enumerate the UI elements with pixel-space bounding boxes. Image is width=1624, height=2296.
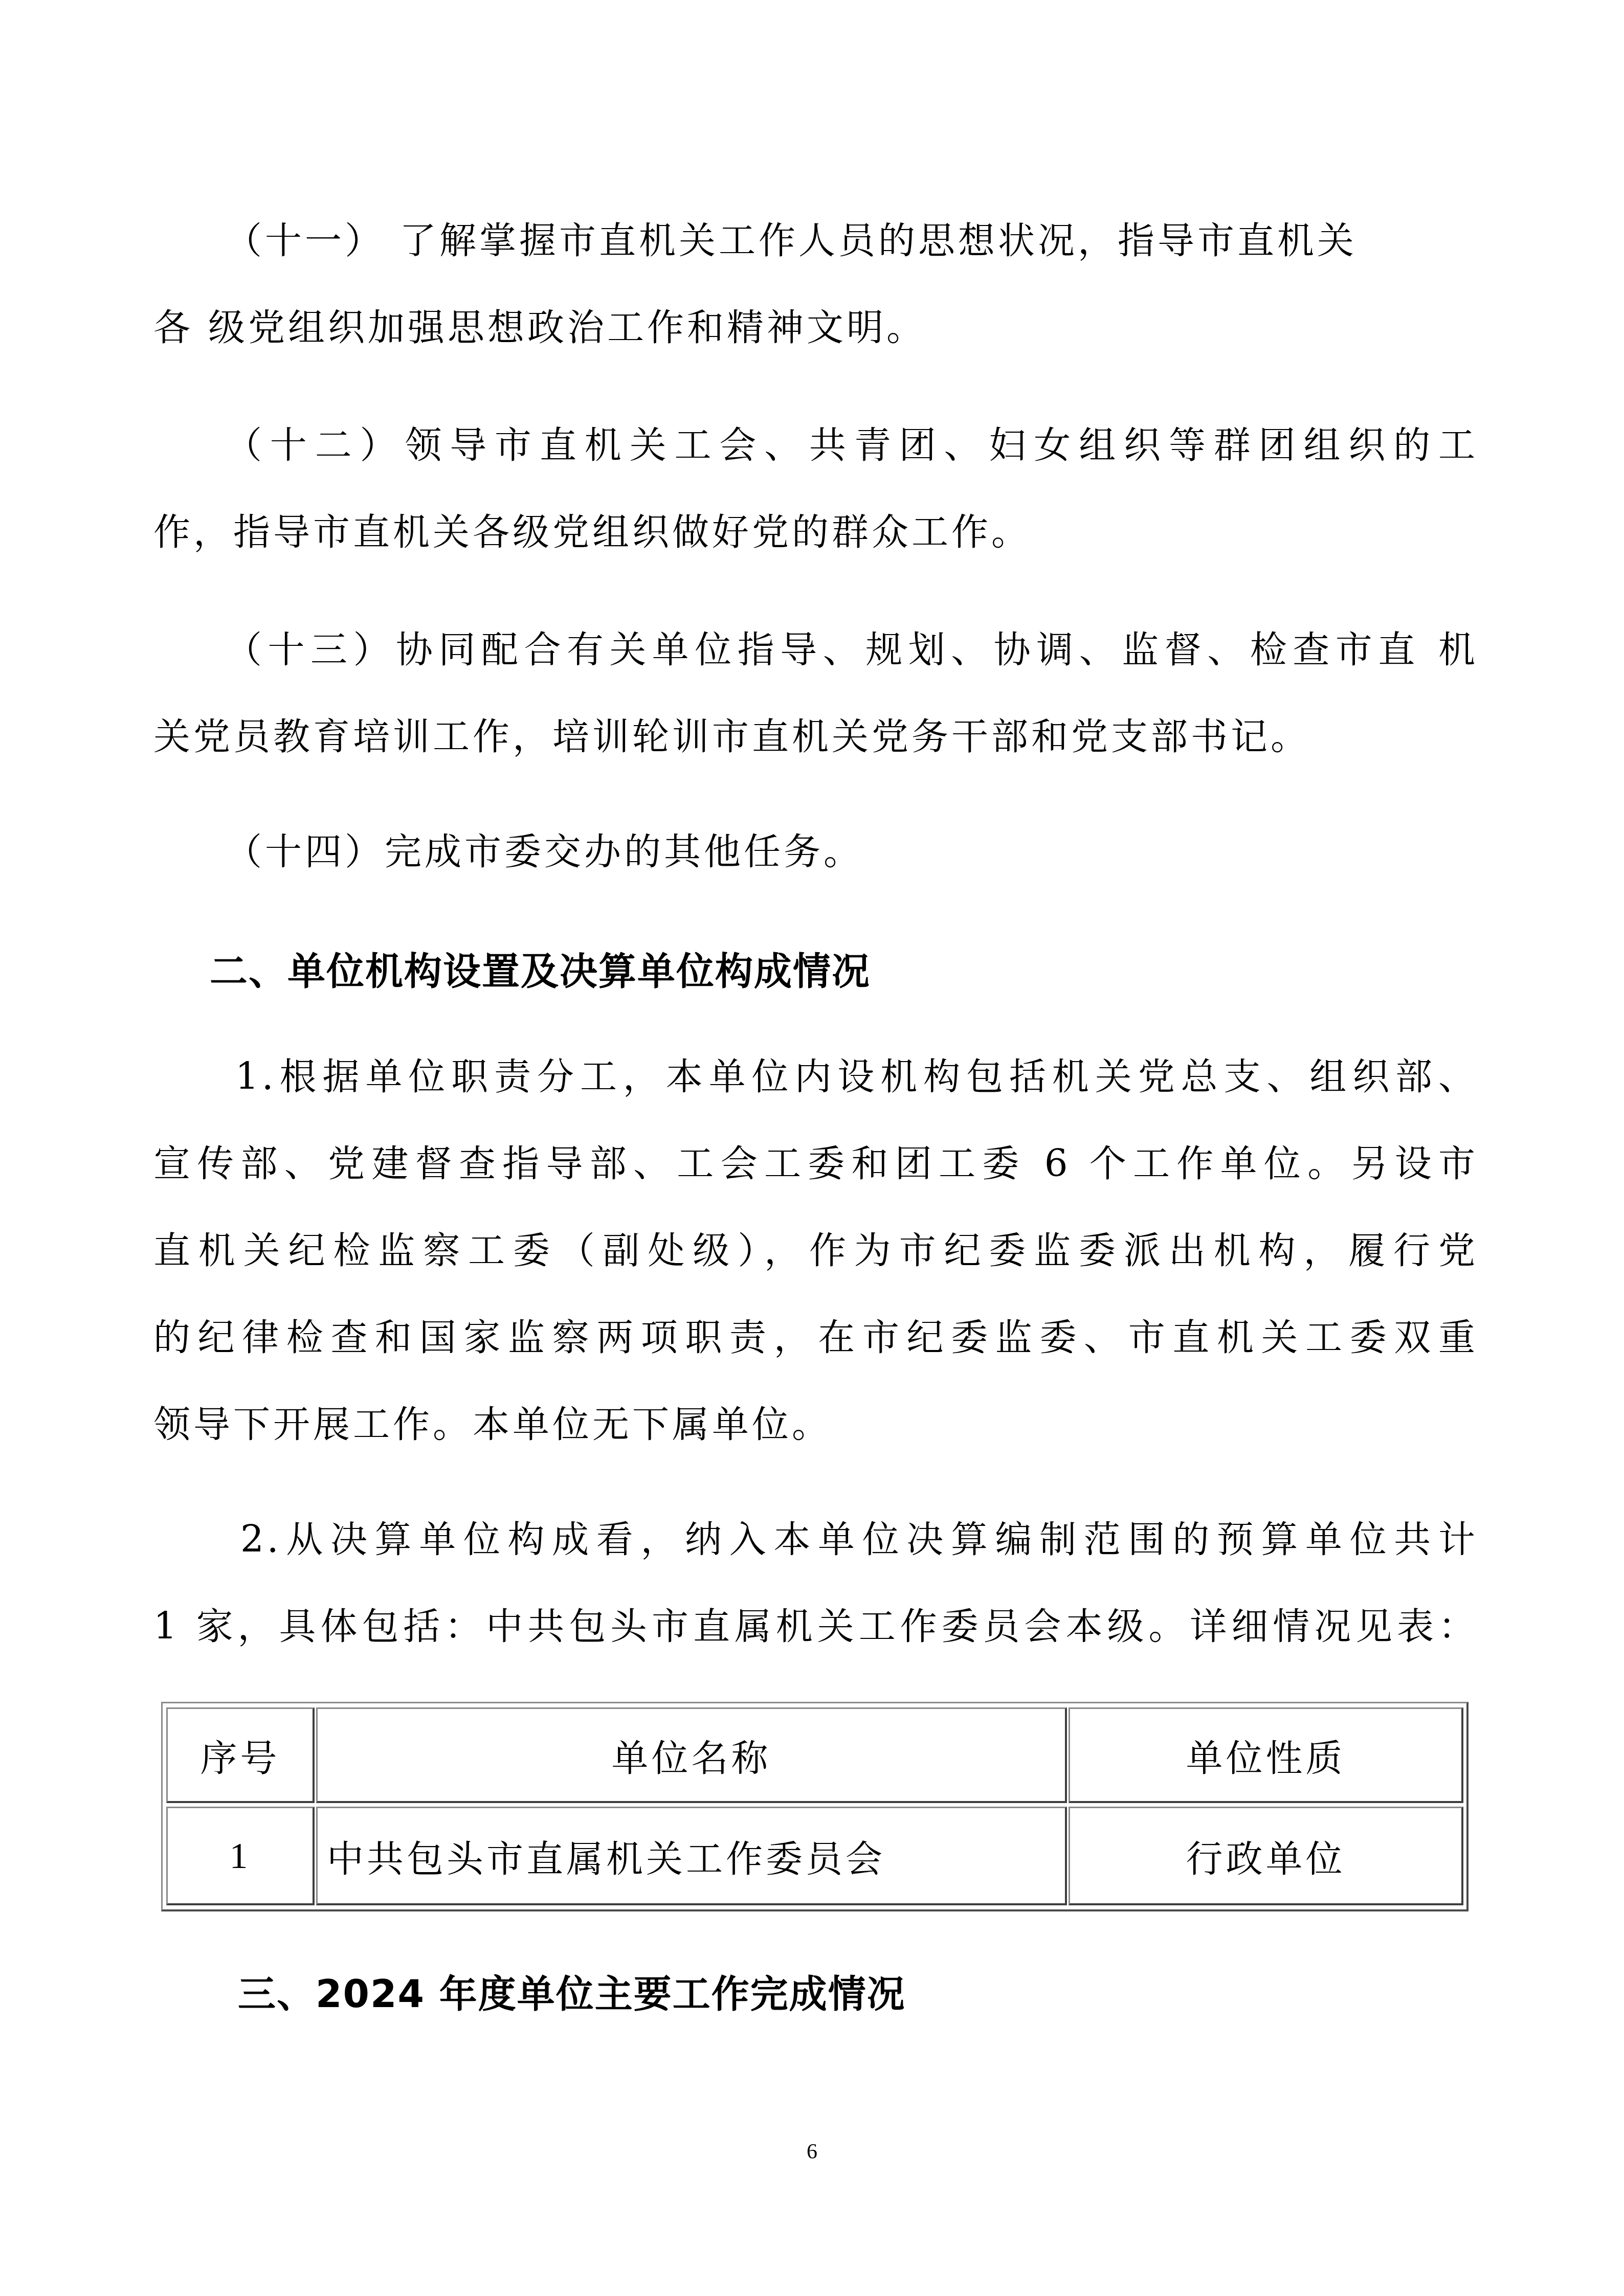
table-header-index-label: 序号: [200, 1728, 280, 1782]
section-2-para-2-line-1: 2.从决算单位构成看，纳入本单位决算编制范围的预算单位共计: [240, 1514, 1478, 1565]
paragraph-item-13-line-1: （十三）协同配合有关单位指导、规划、协调、监督、检查市直 机: [225, 624, 1478, 675]
page-number: 6: [0, 2139, 1624, 2165]
section-2-para-2-line-2: 1 家，具体包括：中共包头市直属机关工作委员会本级。详细情况见表：: [153, 1601, 1478, 1652]
paragraph-item-12-line-1: （十二）领导市直机关工会、共青团、妇女组织等群团组织的工: [225, 419, 1478, 470]
section-2-para-1-line-3: 直机关纪检监察工委（副处级），作为市纪委监委派出机构，履行党: [153, 1225, 1478, 1276]
table-header-unit-type: 单位性质: [1069, 1707, 1463, 1803]
table-row-1-unit-name-value: 中共包头市直属机关工作委员会: [327, 1829, 885, 1882]
table-header-unit-type-label: 单位性质: [1186, 1728, 1345, 1782]
section-3-heading: 三、2024 年度单位主要工作完成情况: [238, 1969, 906, 2020]
section-2-para-1-line-4: 的纪律检查和国家监察两项职责，在市纪委监委、市直机关工委双重: [153, 1312, 1478, 1363]
table-row-1-unit-type: 行政单位: [1069, 1807, 1463, 1905]
section-2-para-1-line-2: 宣传部、党建督查指导部、工会工委和团工委 6 个工作单位。另设市: [153, 1138, 1478, 1189]
section-2-heading: 二、单位机构设置及决算单位构成情况: [210, 946, 871, 997]
paragraph-item-12-line-2: 作，指导市直机关各级党组织做好党的群众工作。: [153, 506, 1483, 557]
paragraph-item-13-line-2: 关党员教育培训工作，培训轮训市直机关党务干部和党支部书记。: [153, 711, 1483, 762]
table-row-1-unit-name: 中共包头市直属机关工作委员会: [316, 1807, 1067, 1905]
document-page: （十一） 了解掌握市直机关工作人员的思想状况，指导市直机关 各 级党组织加强思想…: [0, 0, 1624, 2296]
paragraph-item-11-line-2: 各 级党组织加强思想政治工作和精神文明。: [153, 302, 1483, 353]
table-header-unit-name: 单位名称: [316, 1707, 1067, 1803]
paragraph-item-11-line-1: （十一） 了解掌握市直机关工作人员的思想状况，指导市直机关: [225, 215, 1478, 266]
table-row-1-index: 1: [166, 1807, 315, 1905]
table-row-1-index-value: 1: [230, 1835, 251, 1877]
paragraph-item-14-line-1: （十四）完成市委交办的其他任务。: [225, 826, 1478, 877]
table-header-unit-name-label: 单位名称: [611, 1728, 771, 1782]
table-row-1-unit-type-value: 行政单位: [1186, 1829, 1345, 1882]
section-2-para-1-line-1: 1.根据单位职责分工，本单位内设机构包括机关党总支、组织部、: [235, 1051, 1478, 1102]
table-header-index: 序号: [166, 1707, 315, 1803]
section-2-para-1-line-5: 领导下开展工作。本单位无下属单位。: [153, 1399, 1483, 1450]
